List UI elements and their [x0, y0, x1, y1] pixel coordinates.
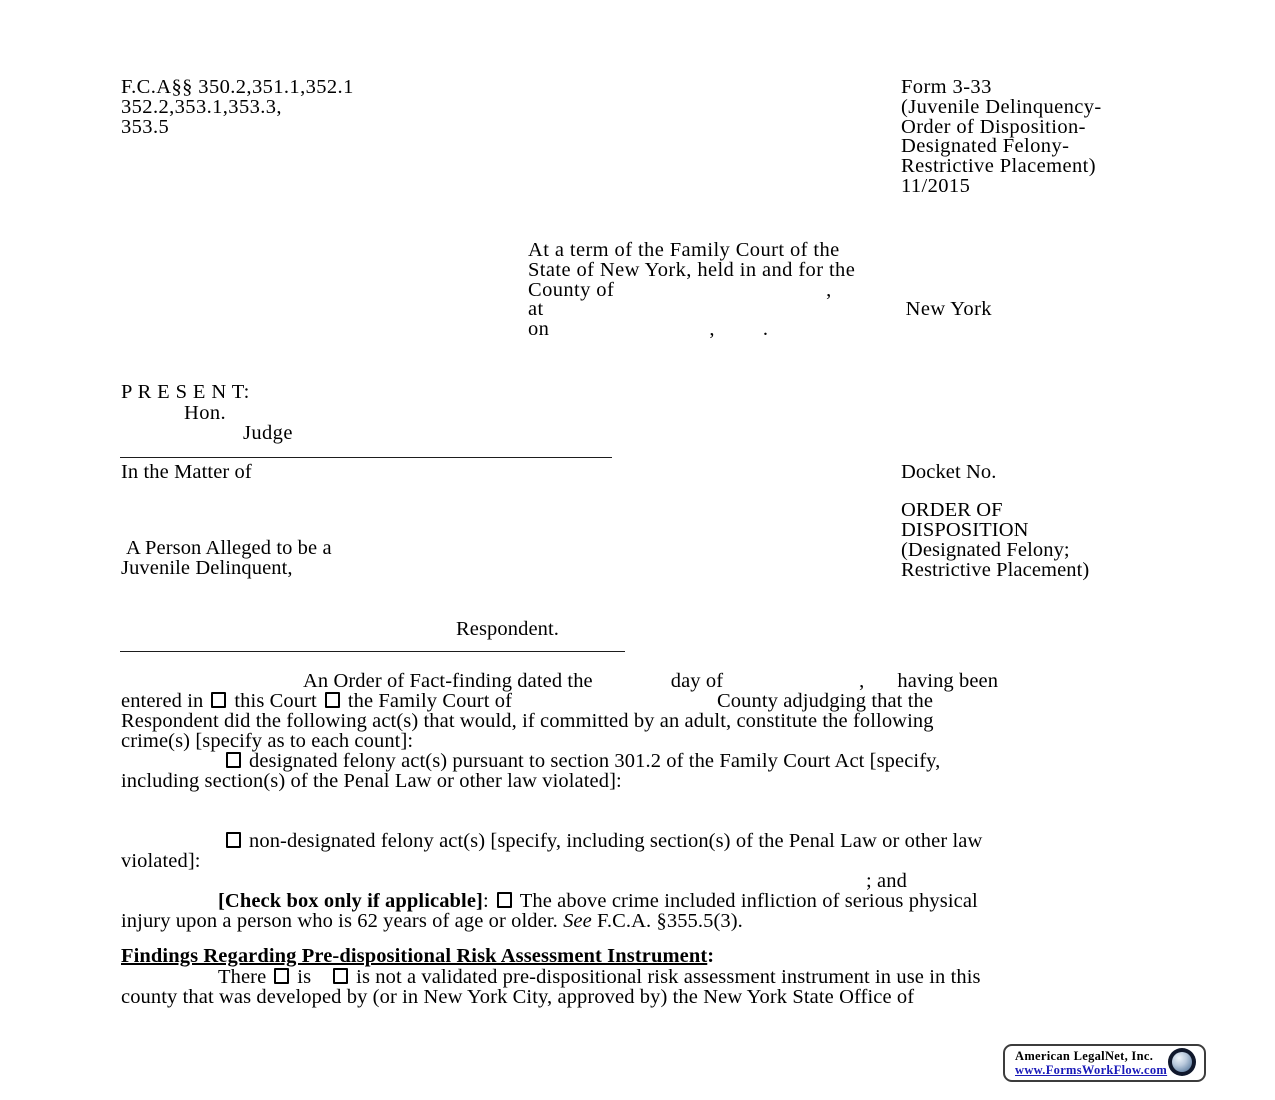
checkbox-this-court[interactable] [211, 692, 226, 708]
court-address-blank-field[interactable] [544, 313, 906, 315]
fact-finding-line-4: crime(s) [specify as to each count]: [121, 731, 998, 751]
docket-number-label: Docket No. [901, 462, 997, 482]
designated-felony-text: designated felony act(s) pursuant to sec… [249, 750, 940, 772]
legalnet-globe-logo [1168, 1048, 1196, 1076]
order-title-block: ORDER OF DISPOSITION (Designated Felony;… [901, 500, 1089, 580]
order-title-line: DISPOSITION [901, 520, 1089, 540]
order-title-line: ORDER OF [901, 500, 1089, 520]
month-blank-field[interactable] [723, 685, 859, 687]
injury-line: injury upon a person who is 62 years of … [121, 911, 982, 931]
order-title-line: (Designated Felony; [901, 540, 1089, 560]
respondent-label: Respondent. [456, 619, 559, 639]
checkbox-rai-is-not[interactable] [333, 968, 348, 984]
statute-line-1: F.C.A§§ 350.2,351.1,352.1 [121, 78, 354, 98]
hon-label: Hon. [184, 404, 226, 424]
non-designated-paragraph: non-designated felony act(s) [specify, i… [121, 831, 982, 931]
is-not-text: is not a validated pre-dispositional ris… [356, 966, 980, 988]
check-box-applicable-line: [Check box only if applicable]:The above… [121, 891, 982, 911]
designated-felony-line: designated felony act(s) pursuant to sec… [121, 751, 998, 771]
day-blank-field[interactable] [593, 685, 671, 687]
in-the-matter-label: In the Matter of [121, 462, 252, 482]
risk-assessment-line-2: county that was developed by (or in New … [121, 987, 981, 1007]
non-designated-line-1: non-designated felony act(s) [specify, i… [121, 831, 982, 851]
judge-label: Judge [243, 424, 293, 444]
term-on-line: on,. [528, 320, 992, 340]
colon: : [483, 890, 489, 912]
risk-assessment-line-1: Thereisis not a validated pre-dispositio… [121, 967, 981, 987]
caption-top-rule [120, 457, 612, 458]
checkbox-family-court[interactable] [325, 692, 340, 708]
term-block: At a term of the Family Court of the Sta… [528, 241, 992, 340]
at-label: at [528, 298, 544, 320]
fact-finding-line-3: Respondent did the following act(s) that… [121, 711, 998, 731]
form-number: Form 3-33 [901, 78, 1102, 98]
tab-indent [121, 765, 218, 767]
there-text: There [218, 966, 266, 988]
specify-blank-field[interactable] [121, 885, 866, 887]
term-line-1: At a term of the Family Court of the [528, 241, 992, 261]
is-label: is [297, 966, 311, 988]
having-been-text: having been [897, 670, 998, 692]
year-blank-field[interactable] [864, 685, 897, 687]
day-of-label: day of [671, 670, 723, 692]
check-box-applicable-bold: [Check box only if applicable] [218, 890, 483, 912]
checkbox-serious-physical-injury[interactable] [497, 892, 512, 908]
findings-heading-colon: : [707, 945, 714, 967]
injury-text: injury upon a person who is 62 years of … [121, 910, 563, 932]
county-blank-field[interactable] [512, 705, 717, 707]
county-of-label: County of [528, 279, 614, 301]
statute-line-3: 353.5 [121, 118, 354, 138]
family-court-of-label: the Family Court of [348, 690, 512, 712]
legalnet-badge: American LegalNet, Inc. www.FormsWorkFlo… [1003, 1044, 1206, 1082]
tab-indent [121, 905, 218, 907]
person-alleged-line-1: A Person Alleged to be a [126, 538, 332, 558]
checkbox-non-designated-felony[interactable] [226, 832, 241, 848]
term-year-blank-field[interactable] [715, 333, 763, 335]
fact-finding-paragraph: An Order of Fact-finding dated theday of… [121, 671, 998, 791]
form-revision-date: 11/2015 [901, 177, 1102, 197]
fact-finding-text: An Order of Fact-finding dated the [303, 670, 593, 692]
tab-indent [121, 685, 303, 687]
entered-in-text: entered in [121, 690, 203, 712]
tab-indent [121, 981, 218, 983]
legalnet-company-name: American LegalNet, Inc. [1015, 1049, 1153, 1064]
on-label: on [528, 318, 549, 340]
checkbox-rai-is[interactable] [274, 968, 289, 984]
findings-heading-text: Findings Regarding Pre-dispositional Ris… [121, 945, 707, 967]
non-designated-text: non-designated felony act(s) [specify, i… [249, 830, 982, 852]
form-info-line: (Juvenile Delinquency- [901, 98, 1102, 118]
risk-assessment-paragraph: Thereisis not a validated pre-dispositio… [121, 967, 981, 1007]
caption-bottom-rule [120, 651, 625, 652]
term-date-blank-field[interactable] [549, 333, 709, 335]
statute-block: F.C.A§§ 350.2,351.1,352.1 352.2,353.1,35… [121, 78, 354, 137]
form-info-block: Form 3-33 (Juvenile Delinquency- Order o… [901, 78, 1102, 197]
above-crime-text: The above crime included infliction of s… [520, 890, 978, 912]
person-alleged-line-2: Juvenile Delinquent, [121, 558, 293, 578]
non-designated-line-2: violated]: [121, 851, 982, 871]
this-court-label: this Court [234, 690, 316, 712]
findings-heading: Findings Regarding Pre-dispositional Ris… [121, 946, 714, 966]
comma: , [826, 279, 832, 301]
globe-icon [1172, 1052, 1192, 1072]
designated-felony-line-2: including section(s) of the Penal Law or… [121, 771, 998, 791]
checkbox-designated-felony[interactable] [226, 752, 241, 768]
formsworkflow-link[interactable]: www.FormsWorkFlow.com [1015, 1063, 1167, 1078]
statute-line-2: 352.2,353.1,353.3, [121, 98, 354, 118]
order-title-line: Restrictive Placement) [901, 560, 1089, 580]
gap [311, 981, 325, 983]
present-label: P R E S E N T: [121, 383, 250, 403]
semicolon-and-text: ; and [866, 870, 907, 892]
period: . [763, 318, 769, 340]
fca-citation-text: F.C.A. §355.5(3). [592, 910, 743, 932]
document-page: F.C.A§§ 350.2,351.1,352.1 352.2,353.1,35… [0, 0, 1275, 1100]
fact-finding-line-2: entered inthis Courtthe Family Court ofC… [121, 691, 998, 711]
and-line: ; and [121, 871, 982, 891]
see-italic: See [563, 910, 592, 932]
comma: , [859, 670, 864, 692]
term-at-line: atNew York [528, 300, 992, 320]
fact-finding-line-1: An Order of Fact-finding dated theday of… [121, 671, 998, 691]
form-info-line: Restrictive Placement) [901, 157, 1102, 177]
state-label: New York [906, 298, 992, 320]
tab-indent [121, 845, 218, 847]
county-adjudging-text: County adjudging that the [717, 690, 933, 712]
comma: , [709, 318, 715, 340]
county-name-blank-field[interactable] [614, 294, 826, 296]
